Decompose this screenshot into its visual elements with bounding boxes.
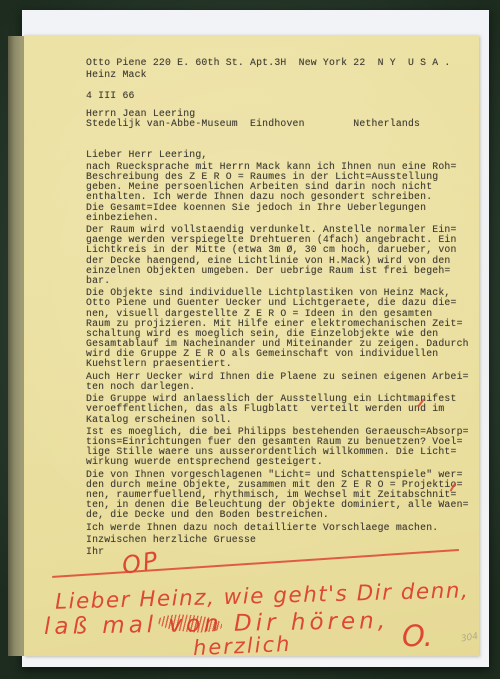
letter-paragraph: Auch Herr Uecker wird Ihnen die Plaene z… bbox=[86, 372, 472, 392]
handwritten-initials: OP bbox=[120, 546, 161, 580]
recipient-address: Stedelijk van-Abbe-Museum Eindhoven Neth… bbox=[86, 119, 420, 129]
handwritten-note-line3: herzlich bbox=[193, 632, 292, 660]
letter-paragraph: Die Objekte sind individuelle Lichtplast… bbox=[86, 288, 472, 369]
letter-paragraph: Die von Ihnen vorgeschlagenen "Licht= un… bbox=[86, 470, 472, 521]
sender-address-line: Otto Piene 220 E. 60th St. Apt.3H New Yo… bbox=[86, 58, 451, 68]
letter-date: 4 III 66 bbox=[86, 91, 135, 101]
scanned-letter-photo: Otto Piene 220 E. 60th St. Apt.3H New Yo… bbox=[0, 0, 500, 679]
letter-paragraph: nach Ruecksprache mit Herrn Mack kann ic… bbox=[86, 162, 472, 223]
sender-name-line: Heinz Mack bbox=[86, 70, 147, 80]
letter-paragraph: Die Gruppe wird anlaesslich der Ausstell… bbox=[86, 394, 472, 424]
letter-paragraph: Ist es moeglich, die bei Philipps besteh… bbox=[86, 427, 472, 468]
letter-paragraph: Inzwischen herzliche Gruesse bbox=[86, 535, 472, 545]
letter-paragraph: Der Raum wird vollstaendig verdunkelt. A… bbox=[86, 225, 472, 286]
handwritten-signature: O. bbox=[402, 619, 433, 653]
letter-body: nach Ruecksprache mit Herrn Mack kann ic… bbox=[86, 162, 472, 560]
salutation: Lieber Herr Leering, bbox=[86, 150, 208, 160]
letter-paragraph: Ich werde Ihnen dazu noch detaillierte V… bbox=[86, 523, 472, 533]
